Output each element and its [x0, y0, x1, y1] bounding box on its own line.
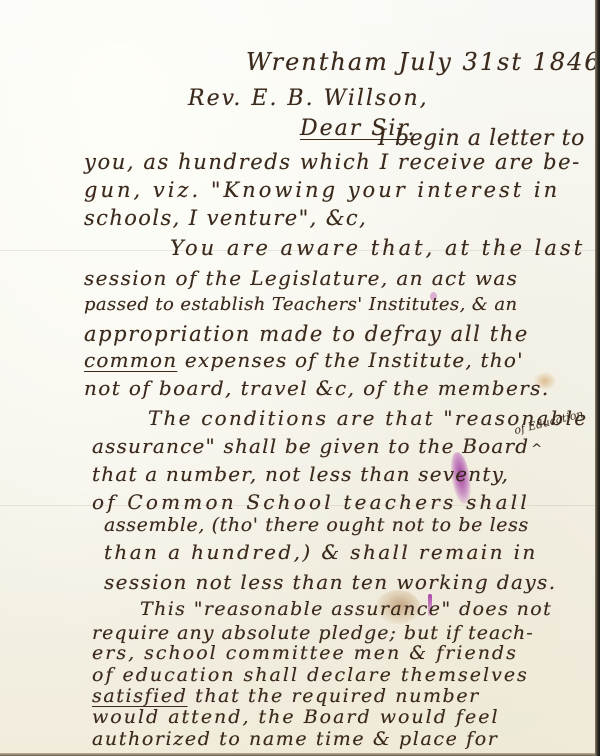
body-line-12: assurance" shall be given to the Board^	[92, 436, 543, 456]
body-line-24: authorized to name time & place for	[92, 730, 498, 749]
body-line-10: not of board, travel &c, of the members.	[84, 378, 550, 398]
body-line-9-tail: expenses of the Institute, tho'	[185, 348, 524, 372]
paper-right-edge	[595, 0, 600, 756]
body-line-13: that a number, not less than seventy,	[92, 464, 509, 484]
body-line-19: require any absolute pledge; but if teac…	[92, 624, 534, 643]
body-line-9: common common expenses of the Institute,…	[84, 350, 524, 370]
body-line-15: assemble, (tho' there ought not to be le…	[104, 516, 529, 535]
body-line-16: than a hundred,) & shall remain in	[104, 542, 538, 562]
underlined-word-common: common	[84, 348, 177, 372]
body-line-22: satisfied that the required number	[92, 687, 480, 706]
body-line-8: appropriation made to defray all the	[84, 324, 529, 345]
body-line-20: ers, school committee men & friends	[92, 644, 518, 663]
place-date-line: Wrentham July 31st 1846.	[246, 50, 600, 74]
underlined-word-satisfied: satisfied	[92, 685, 187, 707]
letter-page: Wrentham July 31st 1846. Rev. E. B. Will…	[0, 0, 600, 756]
body-line-22-tail: that the required number	[195, 685, 480, 707]
body-line-21: of education shall declare themselves	[92, 666, 529, 685]
insertion-caret: ^	[531, 442, 543, 457]
body-line-14: of Common School teachers shall	[92, 492, 530, 512]
salutee-line: Rev. E. B. Willson,	[188, 88, 429, 110]
body-line-1: I begin a letter to	[378, 128, 585, 150]
body-line-12-text: assurance" shall be given to the Board	[92, 434, 529, 458]
body-line-17: session not less than ten working days.	[104, 572, 556, 592]
body-line-18: This "reasonable assurance" does not	[140, 600, 552, 619]
body-line-5: You are aware that, at the last	[170, 238, 585, 259]
body-line-23: would attend, the Board would feel	[92, 708, 500, 727]
body-line-6: session of the Legislature, an act was	[84, 268, 518, 288]
body-line-7: passed to establish Teachers' Institutes…	[84, 296, 517, 314]
body-line-3: gun, viz. "Knowing your interest in	[84, 180, 560, 201]
body-line-2: you, as hundreds which I receive are be-	[84, 152, 581, 173]
body-line-4: schools, I venture", &c,	[84, 208, 367, 229]
